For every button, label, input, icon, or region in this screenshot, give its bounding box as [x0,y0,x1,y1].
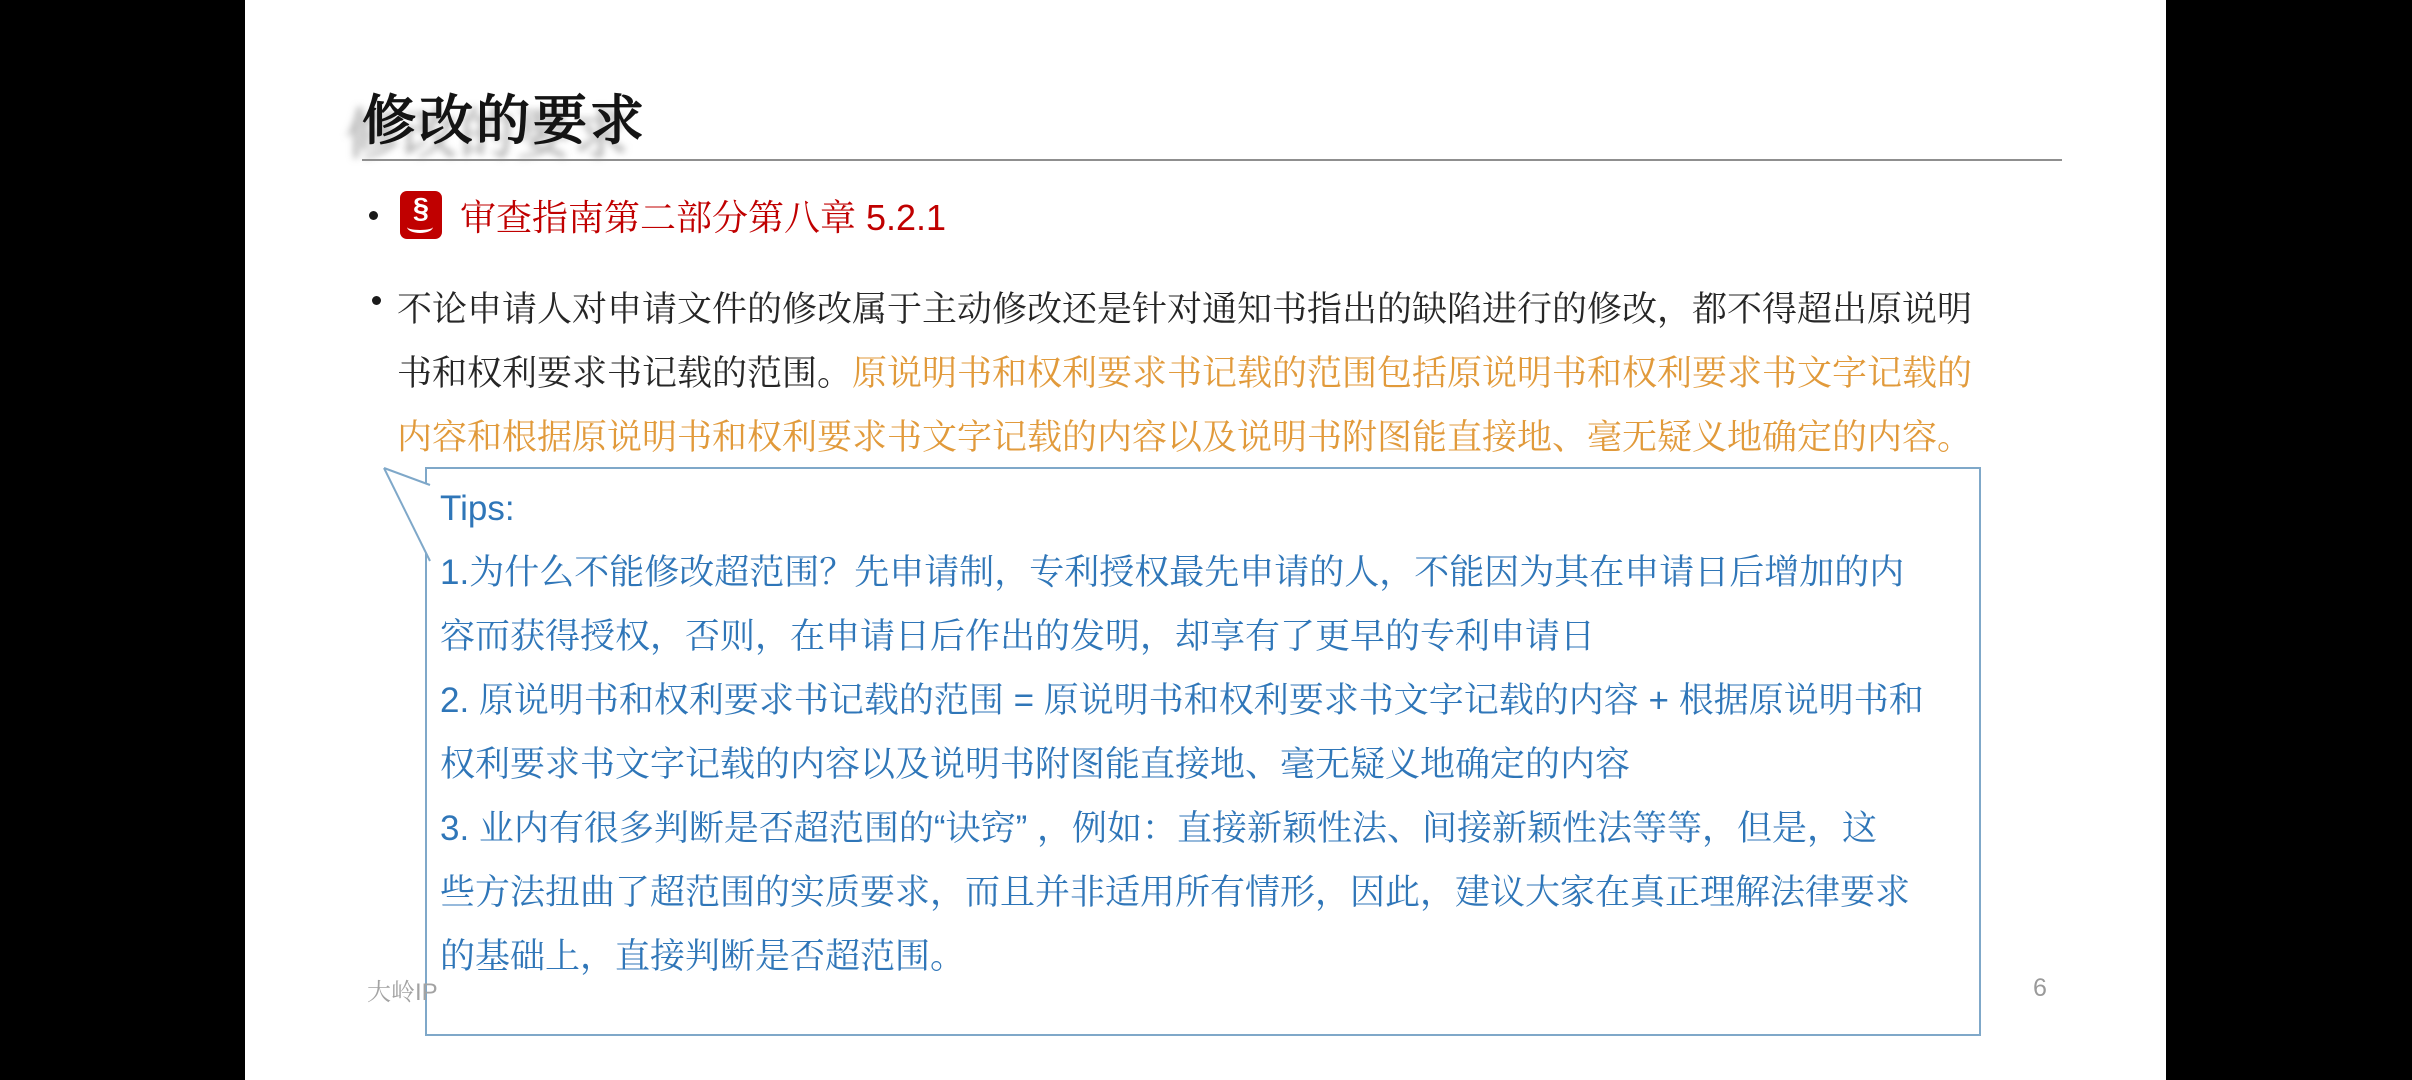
bullet-dot-icon [372,296,381,305]
presentation-slide: 修改的要求 § 审查指南第二部分第八章 5.2.1 不论申请人对申请文件的修改属… [245,0,2166,1080]
callout-tail-icon [381,464,433,566]
statute-book-icon: § [400,191,442,239]
paragraph-segment: 原说明书和权利要求书记载的范围包括原说明书和权利要求书文字记载的 [852,354,1972,393]
tip-line: 权利要求书文字记载的内容以及说明书附图能直接地、毫无疑义地确定的内容 [440,733,1924,797]
book-page-curl [407,221,433,233]
bullet-dot-icon [369,211,378,220]
tip-line: 3. 业内有很多判断是否超范围的“诀窍” ，例如：直接新颖性法、间接新颖性法等等… [440,797,1924,861]
tip-line: 2. 原说明书和权利要求书记载的范围 = 原说明书和权利要求书文字记载的内容 +… [440,669,1924,733]
paragraph-line: 书和权利要求书记载的范围。原说明书和权利要求书记载的范围包括原说明书和权利要求书… [397,342,2087,406]
paragraph-segment: 书和权利要求书记载的范围。 [397,354,852,393]
title-underline [362,159,2062,161]
tip-line: Tips: [440,477,1924,541]
slide-title: 修改的要求 [362,78,647,155]
tip-line: 1.为什么不能修改超范围？先申请制，专利授权最先申请的人，不能因为其在申请日后增… [440,541,1924,605]
paragraph-segment: 内容和根据原说明书和权利要求书文字记载的内容以及说明书附图能直接地、毫无疑义地确… [397,418,1972,457]
paragraph-line: 不论申请人对申请文件的修改属于主动修改还是针对通知书指出的缺陷进行的修改，都不得… [397,278,2087,342]
tip-line: 的基础上，直接判断是否超范围。 [440,925,1924,989]
paragraph-line: 内容和根据原说明书和权利要求书文字记载的内容以及说明书附图能直接地、毫无疑义地确… [397,406,2087,470]
tip-line: 容而获得授权，否则，在申请日后作出的发明，却享有了更早的专利申请日 [440,605,1924,669]
tips-text: Tips:1.为什么不能修改超范围？先申请制，专利授权最先申请的人，不能因为其在… [440,477,1924,989]
reference-bullet-row: § 审查指南第二部分第八章 5.2.1 [369,190,946,240]
tips-callout-box: Tips:1.为什么不能修改超范围？先申请制，专利授权最先申请的人，不能因为其在… [425,467,1981,1036]
reference-text: 审查指南第二部分第八章 5.2.1 [460,190,946,241]
tip-line: 些方法扭曲了超范围的实质要求，而且并非适用所有情形，因此，建议大家在真正理解法律… [440,861,1924,925]
page-background: 修改的要求 § 审查指南第二部分第八章 5.2.1 不论申请人对申请文件的修改属… [0,0,2412,1080]
footer-watermark: 大岭IP [367,972,438,1007]
body-paragraph: 不论申请人对申请文件的修改属于主动修改还是针对通知书指出的缺陷进行的修改，都不得… [397,278,2087,470]
paragraph-segment: 不论申请人对申请文件的修改属于主动修改还是针对通知书指出的缺陷进行的修改，都不得… [397,290,1972,329]
page-number: 6 [2033,974,2047,1003]
